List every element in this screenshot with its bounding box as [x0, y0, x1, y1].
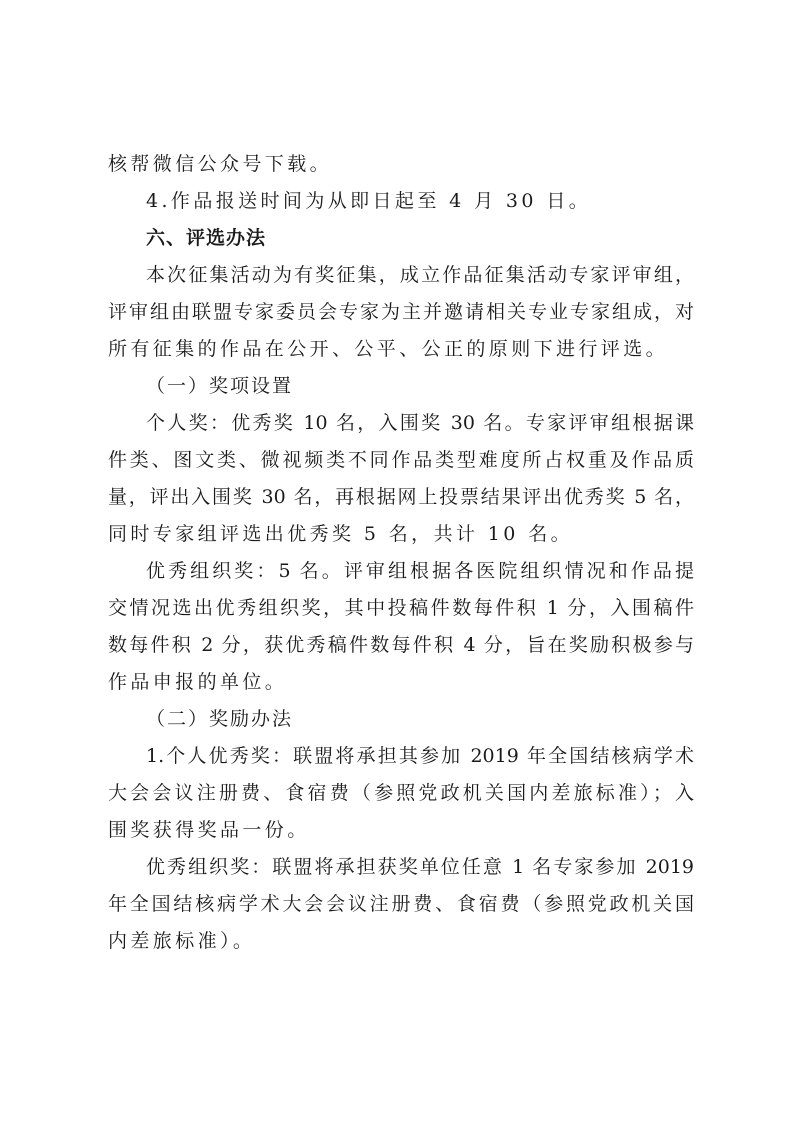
evaluation-paragraph-line: 所有征集的作品在公开、公平、公正的原则下进行评选。 [108, 331, 694, 368]
organization-reward-line: 内差旅标准）。 [108, 923, 694, 960]
individual-reward-line: 1.个人优秀奖：联盟将承担其参加 2019 年全国结核病学术 [108, 738, 694, 775]
submission-deadline-item: 4.作品报送时间为从即日起至 4 月 30 日。 [108, 183, 694, 220]
paragraph-continuation: 核帮微信公众号下载。 [108, 146, 694, 183]
organization-reward-line: 年全国结核病学术大会会议注册费、食宿费（参照党政机关国 [108, 886, 694, 923]
individual-award-line: 个人奖：优秀奖 10 名，入围奖 30 名。专家评审组根据课 [108, 405, 694, 442]
individual-award-line: 量，评出入围奖 30 名，再根据网上投票结果评出优秀奖 5 名， [108, 479, 694, 516]
individual-reward-line: 大会会议注册费、食宿费（参照党政机关国内差旅标准）；入 [108, 775, 694, 812]
organization-award-line: 交情况选出优秀组织奖，其中投稿件数每件积 1 分，入围稿件 [108, 590, 694, 627]
document-page: 核帮微信公众号下载。 4.作品报送时间为从即日起至 4 月 30 日。 六、评选… [108, 146, 694, 960]
evaluation-paragraph-line: 评审组由联盟专家委员会专家为主并邀请相关专业专家组成，对 [108, 294, 694, 331]
evaluation-paragraph-line: 本次征集活动为有奖征集，成立作品征集活动专家评审组， [108, 257, 694, 294]
section-heading-evaluation: 六、评选办法 [108, 220, 694, 257]
individual-reward-line: 围奖获得奖品一份。 [108, 812, 694, 849]
subheading-reward-methods: （二）奖励办法 [108, 701, 694, 738]
organization-award-line: 数每件积 2 分，获优秀稿件数每件积 4 分，旨在奖励积极参与 [108, 627, 694, 664]
organization-award-line: 作品申报的单位。 [108, 664, 694, 701]
individual-award-line: 件类、图文类、微视频类不同作品类型难度所占权重及作品质 [108, 442, 694, 479]
organization-award-line: 优秀组织奖：5 名。评审组根据各医院组织情况和作品提 [108, 553, 694, 590]
individual-award-line: 同时专家组评选出优秀奖 5 名，共计 10 名。 [108, 516, 694, 553]
organization-reward-line: 优秀组织奖：联盟将承担获奖单位任意 1 名专家参加 2019 [108, 849, 694, 886]
subheading-award-settings: （一）奖项设置 [108, 368, 694, 405]
